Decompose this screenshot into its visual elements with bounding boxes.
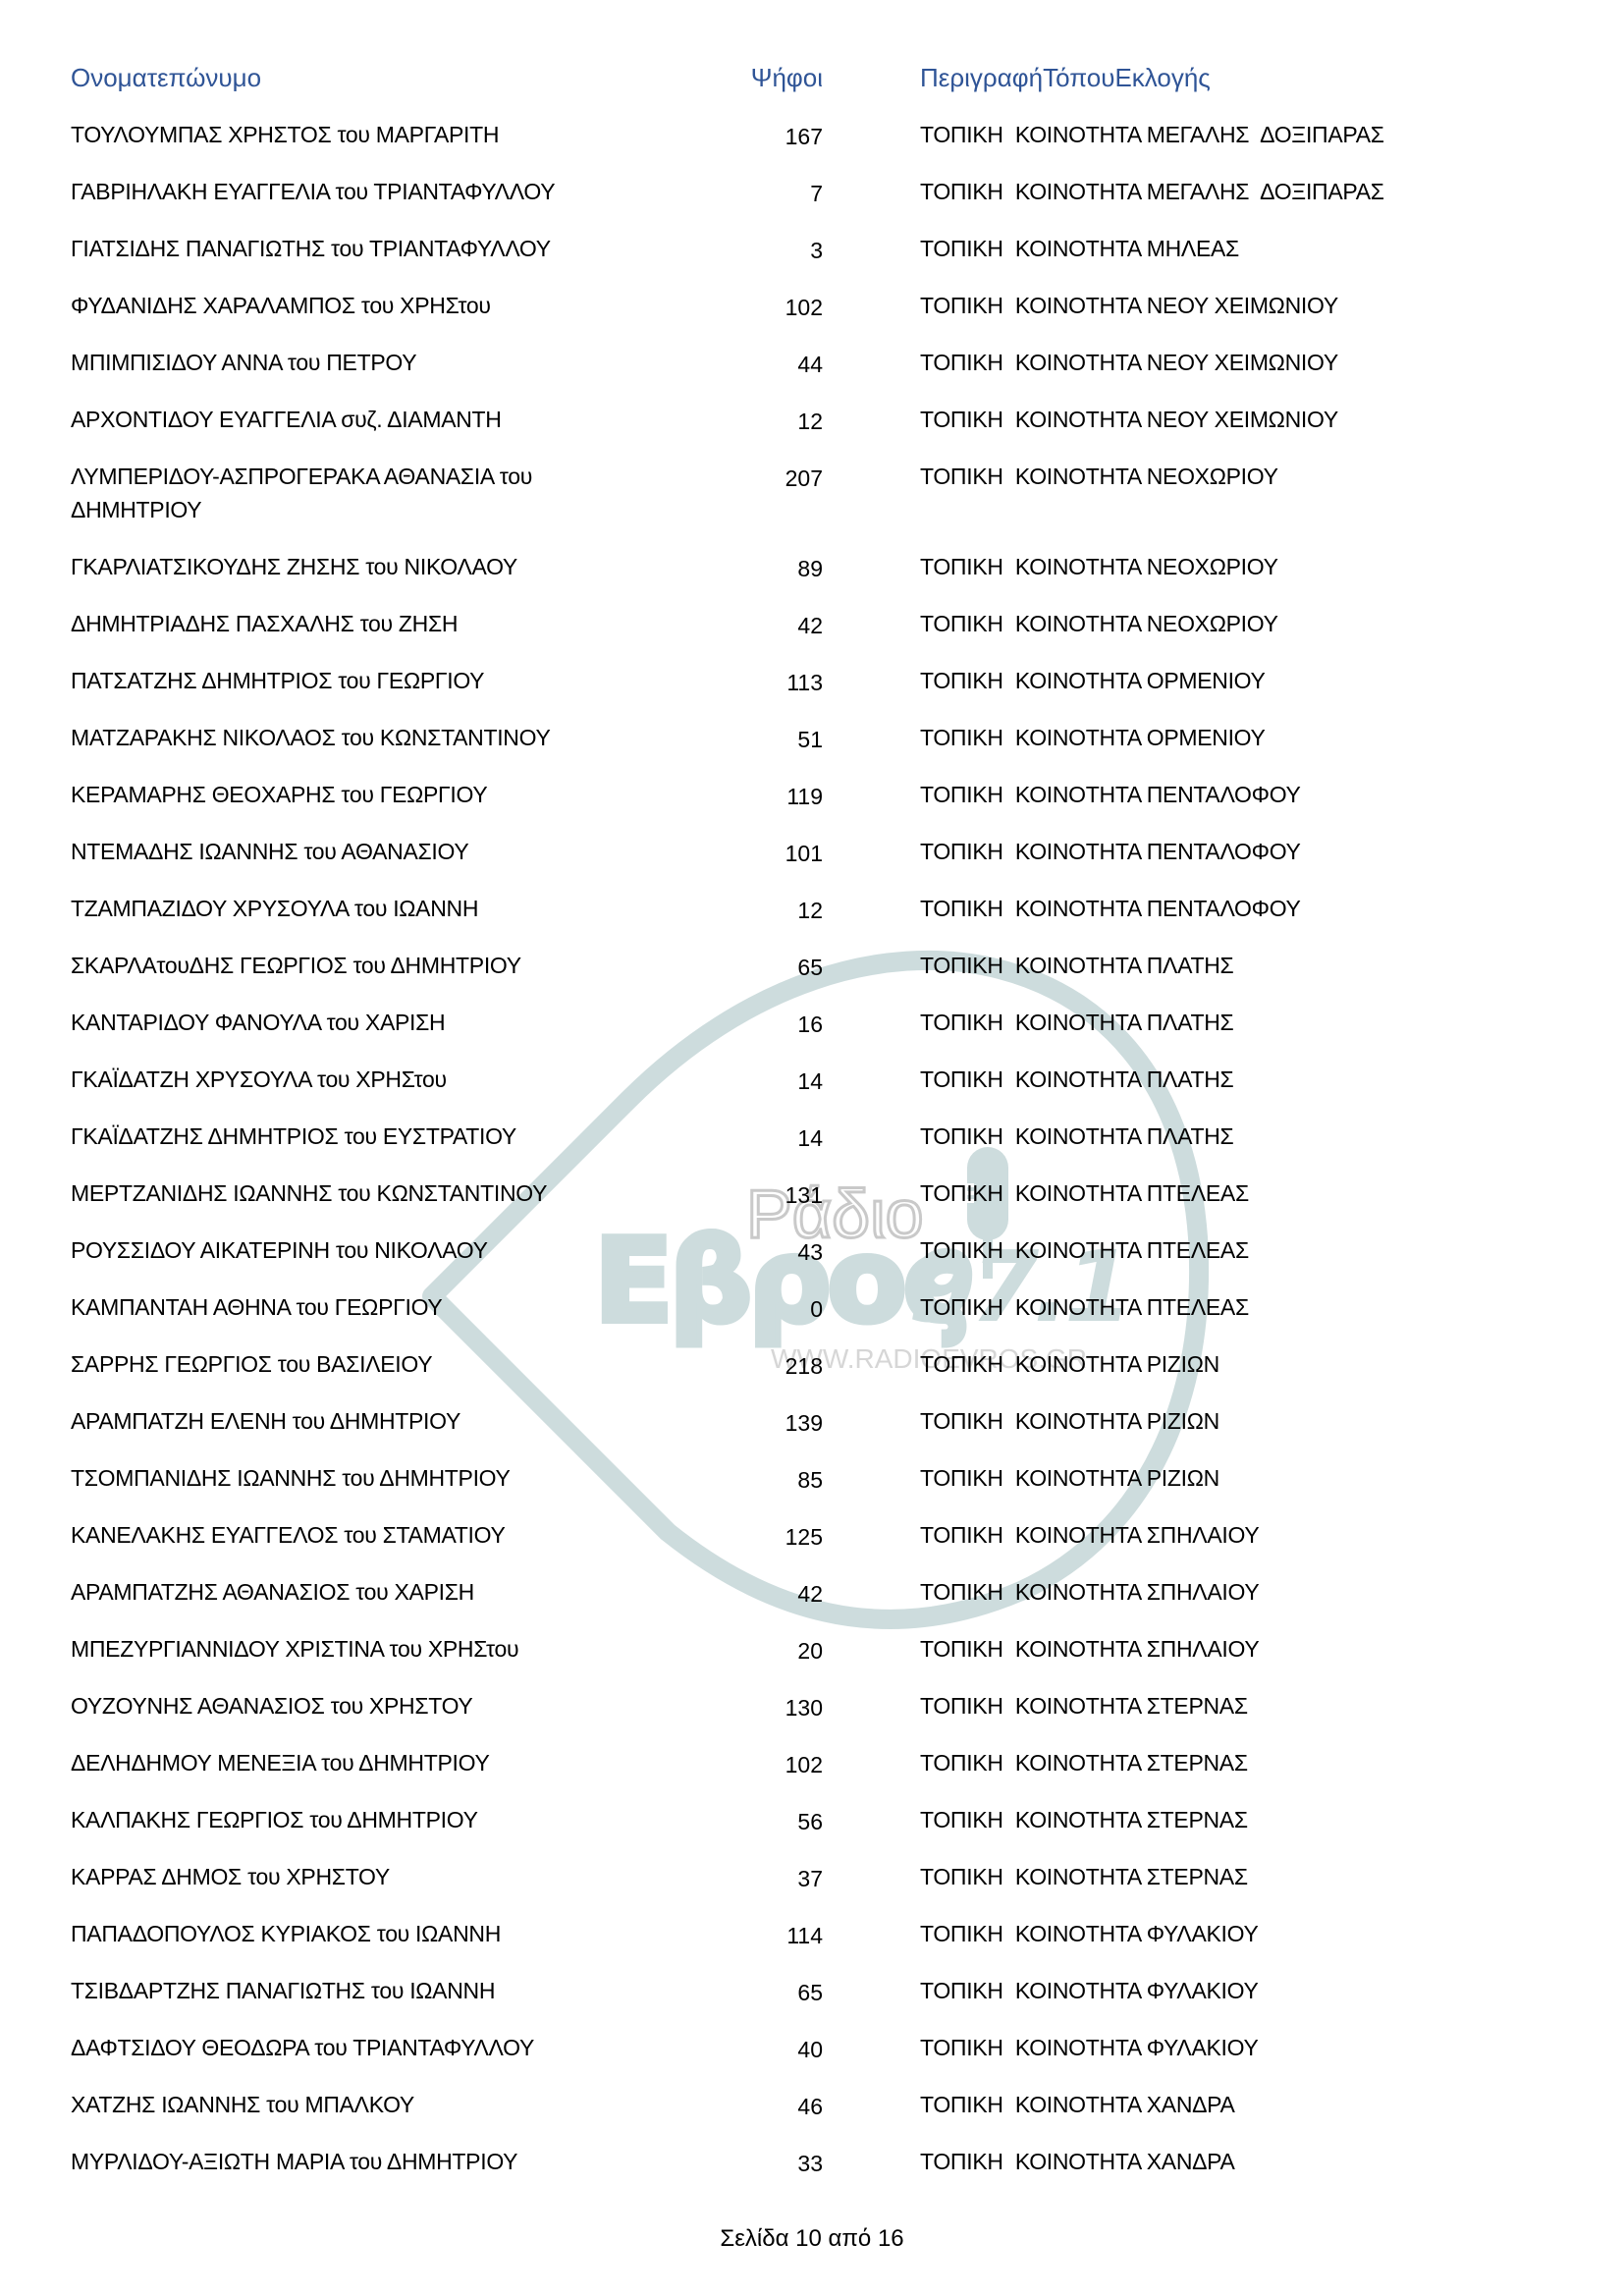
vote-count: 16 xyxy=(725,1008,823,1041)
polling-place: ΤΟΠΙΚΗ ΚΟΙΝΟΤΗΤΑ ΠΕΝΤΑΛΟΦΟΥ xyxy=(920,892,1301,925)
vote-count: 12 xyxy=(725,405,823,438)
vote-count: 131 xyxy=(725,1178,823,1212)
vote-count: 12 xyxy=(725,894,823,927)
vote-count: 101 xyxy=(725,837,823,870)
candidate-name: ΜΥΡΛΙΔΟΥ-ΑΞΙΩΤΗ ΜΑΡΙΑ του ΔΗΜΗΤΡΙΟΥ xyxy=(71,2145,621,2178)
candidate-name: ΜΑΤΖΑΡΑΚΗΣ ΝΙΚΟΛΑΟΣ του ΚΩΝΣΤΑΝΤΙΝΟΥ xyxy=(71,721,621,754)
document-page: Ράδιο Εβρος 97.1 WWW.RADIOEVROS.GR Ονομα… xyxy=(0,0,1624,2296)
polling-place: ΤΟΠΙΚΗ ΚΟΙΝΟΤΗΤΑ ΠΕΝΤΑΛΟΦΟΥ xyxy=(920,778,1301,811)
table-row: ΠΑΠΑΔΟΠΟΥΛΟΣ ΚΥΡΙΑΚΟΣ του ΙΩΑΝΝΗ 114 ΤΟΠ… xyxy=(0,1917,1624,1974)
candidate-name: ΓΚΑΡΛΙΑΤΣΙΚΟΥΔΗΣ ΖΗΣΗΣ του ΝΙΚΟΛΑΟΥ xyxy=(71,550,621,583)
polling-place: ΤΟΠΙΚΗ ΚΟΙΝΟΤΗΤΑ ΧΑΝΔΡΑ xyxy=(920,2145,1235,2178)
candidate-name: ΧΑΤΖΗΣ ΙΩΑΝΝΗΣ του ΜΠΑΛΚΟΥ xyxy=(71,2088,621,2121)
polling-place: ΤΟΠΙΚΗ ΚΟΙΝΟΤΗΤΑ ΡΙΖΙΩΝ xyxy=(920,1404,1219,1438)
polling-place: ΤΟΠΙΚΗ ΚΟΙΝΟΤΗΤΑ ΡΙΖΙΩΝ xyxy=(920,1347,1219,1381)
vote-count: 119 xyxy=(725,780,823,813)
table-row: ΚΑΛΠΑΚΗΣ ΓΕΩΡΓΙΟΣ του ΔΗΜΗΤΡΙΟΥ 56 ΤΟΠΙΚ… xyxy=(0,1803,1624,1860)
candidate-name: ΚΑΜΠΑΝΤΑΗ ΑΘΗΝΑ του ΓΕΩΡΓΙΟΥ xyxy=(71,1290,621,1324)
vote-count: 42 xyxy=(725,1577,823,1611)
table-row: ΜΑΤΖΑΡΑΚΗΣ ΝΙΚΟΛΑΟΣ του ΚΩΝΣΤΑΝΤΙΝΟΥ 51 … xyxy=(0,721,1624,778)
table-row: ΚΑΜΠΑΝΤΑΗ ΑΘΗΝΑ του ΓΕΩΡΓΙΟΥ 0 ΤΟΠΙΚΗ ΚΟ… xyxy=(0,1290,1624,1347)
table-row: ΟΥΖΟΥΝΗΣ ΑΘΑΝΑΣΙΟΣ του ΧΡΗΣΤΟΥ 130 ΤΟΠΙΚ… xyxy=(0,1689,1624,1746)
candidate-name: ΚΑΝΕΛΑΚΗΣ ΕΥΑΓΓΕΛΟΣ του ΣΤΑΜΑΤΙΟΥ xyxy=(71,1518,621,1552)
polling-place: ΤΟΠΙΚΗ ΚΟΙΝΟΤΗΤΑ ΦΥΛΑΚΙΟΥ xyxy=(920,1917,1259,1950)
vote-count: 51 xyxy=(725,723,823,756)
table-row: ΣΑΡΡΗΣ ΓΕΩΡΓΙΟΣ του ΒΑΣΙΛΕΙΟΥ 218 ΤΟΠΙΚΗ… xyxy=(0,1347,1624,1404)
table-row: ΚΕΡΑΜΑΡΗΣ ΘΕΟΧΑΡΗΣ του ΓΕΩΡΓΙΟΥ 119 ΤΟΠΙ… xyxy=(0,778,1624,835)
candidate-name: ΤΣΟΜΠΑΝΙΔΗΣ ΙΩΑΝΝΗΣ του ΔΗΜΗΤΡΙΟΥ xyxy=(71,1461,621,1495)
candidate-name: ΚΕΡΑΜΑΡΗΣ ΘΕΟΧΑΡΗΣ του ΓΕΩΡΓΙΟΥ xyxy=(71,778,621,811)
vote-count: 113 xyxy=(725,666,823,699)
candidate-name: ΟΥΖΟΥΝΗΣ ΑΘΑΝΑΣΙΟΣ του ΧΡΗΣΤΟΥ xyxy=(71,1689,621,1722)
candidate-name: ΑΡΧΟΝΤΙΔΟΥ ΕΥΑΓΓΕΛΙΑ συζ. ΔΙΑΜΑΝΤΗ xyxy=(71,403,621,436)
vote-count: 114 xyxy=(725,1919,823,1952)
candidate-name: ΑΡΑΜΠΑΤΖΗΣ ΑΘΑΝΑΣΙΟΣ του ΧΑΡΙΣΗ xyxy=(71,1575,621,1609)
candidate-name: ΜΠΙΜΠΙΣΙΔΟΥ ΑΝΝΑ του ΠΕΤΡΟΥ xyxy=(71,346,621,379)
table-row: ΓΚΑΡΛΙΑΤΣΙΚΟΥΔΗΣ ΖΗΣΗΣ του ΝΙΚΟΛΑΟΥ 89 Τ… xyxy=(0,550,1624,607)
vote-count: 56 xyxy=(725,1805,823,1838)
table-row: ΔΗΜΗΤΡΙΑΔΗΣ ΠΑΣΧΑΛΗΣ του ΖΗΣΗ 42 ΤΟΠΙΚΗ … xyxy=(0,607,1624,664)
candidate-name: ΓΙΑΤΣΙΔΗΣ ΠΑΝΑΓΙΩΤΗΣ του ΤΡΙΑΝΤΑΦΥΛΛΟΥ xyxy=(71,232,621,265)
table-row: ΓΚΑΪΔΑΤΖΗΣ ΔΗΜΗΤΡΙΟΣ του ΕΥΣΤΡΑΤΙΟΥ 14 Τ… xyxy=(0,1120,1624,1176)
table-row: ΝΤΕΜΑΔΗΣ ΙΩΑΝΝΗΣ του ΑΘΑΝΑΣΙΟΥ 101 ΤΟΠΙΚ… xyxy=(0,835,1624,892)
page-number: Σελίδα 10 από 16 xyxy=(0,2225,1624,2253)
candidate-name: ΓΚΑΪΔΑΤΖΗΣ ΔΗΜΗΤΡΙΟΣ του ΕΥΣΤΡΑΤΙΟΥ xyxy=(71,1120,621,1153)
table-row: ΔΑΦΤΣΙΔΟΥ ΘΕΟΔΩΡΑ του ΤΡΙΑΝΤΑΦΥΛΛΟΥ 40 Τ… xyxy=(0,2031,1624,2088)
vote-count: 43 xyxy=(725,1235,823,1269)
table-row: ΑΡΧΟΝΤΙΔΟΥ ΕΥΑΓΓΕΛΙΑ συζ. ΔΙΑΜΑΝΤΗ 12 ΤΟ… xyxy=(0,403,1624,460)
polling-place: ΤΟΠΙΚΗ ΚΟΙΝΟΤΗΤΑ ΦΥΛΑΚΙΟΥ xyxy=(920,2031,1259,2064)
vote-count: 125 xyxy=(725,1520,823,1554)
vote-count: 89 xyxy=(725,552,823,585)
polling-place: ΤΟΠΙΚΗ ΚΟΙΝΟΤΗΤΑ ΟΡΜΕΝΙΟΥ xyxy=(920,721,1266,754)
vote-count: 167 xyxy=(725,120,823,153)
polling-place: ΤΟΠΙΚΗ ΚΟΙΝΟΤΗΤΑ ΣΠΗΛΑΙΟΥ xyxy=(920,1632,1259,1666)
polling-place: ΤΟΠΙΚΗ ΚΟΙΝΟΤΗΤΑ ΣΤΕΡΝΑΣ xyxy=(920,1746,1248,1779)
vote-count: 3 xyxy=(725,234,823,267)
table-row: ΠΑΤΣΑΤΖΗΣ ΔΗΜΗΤΡΙΟΣ του ΓΕΩΡΓΙΟΥ 113 ΤΟΠ… xyxy=(0,664,1624,721)
vote-count: 40 xyxy=(725,2033,823,2066)
table-row: ΛΥΜΠΕΡΙΔΟΥ-ΑΣΠΡΟΓΕΡΑΚΑ ΑΘΑΝΑΣΙΑ του ΔΗΜΗ… xyxy=(0,460,1624,550)
table-row: ΡΟΥΣΣΙΔΟΥ ΑΙΚΑΤΕΡΙΝΗ του ΝΙΚΟΛΑΟΥ 43 ΤΟΠ… xyxy=(0,1233,1624,1290)
vote-count: 46 xyxy=(725,2090,823,2123)
table-row: ΚΑΝΤΑΡΙΔΟΥ ΦΑΝΟΥΛΑ του ΧΑΡΙΣΗ 16 ΤΟΠΙΚΗ … xyxy=(0,1006,1624,1063)
table-row: ΚΑΝΕΛΑΚΗΣ ΕΥΑΓΓΕΛΟΣ του ΣΤΑΜΑΤΙΟΥ 125 ΤΟ… xyxy=(0,1518,1624,1575)
candidate-name: ΔΑΦΤΣΙΔΟΥ ΘΕΟΔΩΡΑ του ΤΡΙΑΝΤΑΦΥΛΛΟΥ xyxy=(71,2031,621,2064)
polling-place: ΤΟΠΙΚΗ ΚΟΙΝΟΤΗΤΑ ΝΕΟΥ ΧΕΙΜΩΝΙΟΥ xyxy=(920,346,1338,379)
vote-count: 65 xyxy=(725,1976,823,2009)
table-row: ΓΚΑΪΔΑΤΖΗ ΧΡΥΣΟΥΛΑ του ΧΡΗΣτου 14 ΤΟΠΙΚΗ… xyxy=(0,1063,1624,1120)
vote-count: 139 xyxy=(725,1406,823,1440)
candidate-name: ΣΑΡΡΗΣ ΓΕΩΡΓΙΟΣ του ΒΑΣΙΛΕΙΟΥ xyxy=(71,1347,621,1381)
vote-count: 7 xyxy=(725,177,823,210)
table-row: ΤΟΥΛΟΥΜΠΑΣ ΧΡΗΣΤΟΣ του ΜΑΡΓΑΡΙΤΗ 167 ΤΟΠ… xyxy=(0,118,1624,175)
candidate-name: ΔΗΜΗΤΡΙΑΔΗΣ ΠΑΣΧΑΛΗΣ του ΖΗΣΗ xyxy=(71,607,621,640)
vote-count: 14 xyxy=(725,1065,823,1098)
polling-place: ΤΟΠΙΚΗ ΚΟΙΝΟΤΗΤΑ ΧΑΝΔΡΑ xyxy=(920,2088,1235,2121)
vote-count: 33 xyxy=(725,2147,823,2180)
column-header-name: Ονοματεπώνυμο xyxy=(71,63,261,93)
vote-count: 44 xyxy=(725,348,823,381)
vote-count: 14 xyxy=(725,1121,823,1155)
polling-place: ΤΟΠΙΚΗ ΚΟΙΝΟΤΗΤΑ ΠΛΑΤΗΣ xyxy=(920,1063,1233,1096)
vote-count: 0 xyxy=(725,1292,823,1326)
polling-place: ΤΟΠΙΚΗ ΚΟΙΝΟΤΗΤΑ ΣΠΗΛΑΙΟΥ xyxy=(920,1575,1259,1609)
polling-place: ΤΟΠΙΚΗ ΚΟΙΝΟΤΗΤΑ ΦΥΛΑΚΙΟΥ xyxy=(920,1974,1259,2007)
vote-count: 85 xyxy=(725,1463,823,1497)
polling-place: ΤΟΠΙΚΗ ΚΟΙΝΟΤΗΤΑ ΝΕΟΥ ΧΕΙΜΩΝΙΟΥ xyxy=(920,403,1338,436)
candidate-name: ΜΕΡΤΖΑΝΙΔΗΣ ΙΩΑΝΝΗΣ του ΚΩΝΣΤΑΝΤΙΝΟΥ xyxy=(71,1176,621,1210)
candidate-name: ΚΑΝΤΑΡΙΔΟΥ ΦΑΝΟΥΛΑ του ΧΑΡΙΣΗ xyxy=(71,1006,621,1039)
column-header-votes: Ψήφοι xyxy=(725,63,823,93)
candidate-name: ΦΥΔΑΝΙΔΗΣ ΧΑΡΑΛΑΜΠΟΣ του ΧΡΗΣτου xyxy=(71,289,621,322)
candidate-name: ΡΟΥΣΣΙΔΟΥ ΑΙΚΑΤΕΡΙΝΗ του ΝΙΚΟΛΑΟΥ xyxy=(71,1233,621,1267)
vote-count: 102 xyxy=(725,1748,823,1781)
polling-place: ΤΟΠΙΚΗ ΚΟΙΝΟΤΗΤΑ ΝΕΟΧΩΡΙΟΥ xyxy=(920,550,1278,583)
candidate-name: ΤΖΑΜΠΑΖΙΔΟΥ ΧΡΥΣΟΥΛΑ του ΙΩΑΝΝΗ xyxy=(71,892,621,925)
vote-count: 65 xyxy=(725,951,823,984)
table-row: ΣΚΑΡΛΑτουΔΗΣ ΓΕΩΡΓΙΟΣ του ΔΗΜΗΤΡΙΟΥ 65 Τ… xyxy=(0,949,1624,1006)
polling-place: ΤΟΠΙΚΗ ΚΟΙΝΟΤΗΤΑ ΝΕΟΧΩΡΙΟΥ xyxy=(920,607,1278,640)
vote-count: 42 xyxy=(725,609,823,642)
vote-count: 130 xyxy=(725,1691,823,1724)
candidate-name: ΓΑΒΡΙΗΛΑΚΗ ΕΥΑΓΓΕΛΙΑ του ΤΡΙΑΝΤΑΦΥΛΛΟΥ xyxy=(71,175,621,208)
vote-count: 207 xyxy=(725,462,823,495)
polling-place: ΤΟΠΙΚΗ ΚΟΙΝΟΤΗΤΑ ΠΤΕΛΕΑΣ xyxy=(920,1176,1249,1210)
polling-place: ΤΟΠΙΚΗ ΚΟΙΝΟΤΗΤΑ ΣΤΕΡΝΑΣ xyxy=(920,1803,1248,1836)
polling-place: ΤΟΠΙΚΗ ΚΟΙΝΟΤΗΤΑ ΠΤΕΛΕΑΣ xyxy=(920,1233,1249,1267)
column-header-place: ΠεριγραφήΤόπουΕκλογής xyxy=(920,63,1211,93)
polling-place: ΤΟΠΙΚΗ ΚΟΙΝΟΤΗΤΑ ΜΕΓΑΛΗΣ ΔΟΞΙΠΑΡΑΣ xyxy=(920,118,1384,151)
polling-place: ΤΟΠΙΚΗ ΚΟΙΝΟΤΗΤΑ ΠΛΑΤΗΣ xyxy=(920,949,1233,982)
candidate-name: ΚΑΛΠΑΚΗΣ ΓΕΩΡΓΙΟΣ του ΔΗΜΗΤΡΙΟΥ xyxy=(71,1803,621,1836)
table-row: ΔΕΛΗΔΗΜΟΥ ΜΕΝΕΞΙΑ του ΔΗΜΗΤΡΙΟΥ 102 ΤΟΠΙ… xyxy=(0,1746,1624,1803)
polling-place: ΤΟΠΙΚΗ ΚΟΙΝΟΤΗΤΑ ΜΗΛΕΑΣ xyxy=(920,232,1239,265)
table-row: ΧΑΤΖΗΣ ΙΩΑΝΝΗΣ του ΜΠΑΛΚΟΥ 46 ΤΟΠΙΚΗ ΚΟΙ… xyxy=(0,2088,1624,2145)
vote-count: 218 xyxy=(725,1349,823,1383)
polling-place: ΤΟΠΙΚΗ ΚΟΙΝΟΤΗΤΑ ΠΛΑΤΗΣ xyxy=(920,1120,1233,1153)
table-row: ΚΑΡΡΑΣ ΔΗΜΟΣ του ΧΡΗΣΤΟΥ 37 ΤΟΠΙΚΗ ΚΟΙΝΟ… xyxy=(0,1860,1624,1917)
polling-place: ΤΟΠΙΚΗ ΚΟΙΝΟΤΗΤΑ ΠΤΕΛΕΑΣ xyxy=(920,1290,1249,1324)
table-row: ΓΑΒΡΙΗΛΑΚΗ ΕΥΑΓΓΕΛΙΑ του ΤΡΙΑΝΤΑΦΥΛΛΟΥ 7… xyxy=(0,175,1624,232)
polling-place: ΤΟΠΙΚΗ ΚΟΙΝΟΤΗΤΑ ΝΕΟΥ ΧΕΙΜΩΝΙΟΥ xyxy=(920,289,1338,322)
table-row: ΤΖΑΜΠΑΖΙΔΟΥ ΧΡΥΣΟΥΛΑ του ΙΩΑΝΝΗ 12 ΤΟΠΙΚ… xyxy=(0,892,1624,949)
results-table: ΤΟΥΛΟΥΜΠΑΣ ΧΡΗΣΤΟΣ του ΜΑΡΓΑΡΙΤΗ 167 ΤΟΠ… xyxy=(0,118,1624,2202)
polling-place: ΤΟΠΙΚΗ ΚΟΙΝΟΤΗΤΑ ΡΙΖΙΩΝ xyxy=(920,1461,1219,1495)
table-header: Ονοματεπώνυμο Ψήφοι ΠεριγραφήΤόπουΕκλογή… xyxy=(0,63,1624,102)
candidate-name: ΤΣΙΒΔΑΡΤΖΗΣ ΠΑΝΑΓΙΩΤΗΣ του ΙΩΑΝΝΗ xyxy=(71,1974,621,2007)
vote-count: 102 xyxy=(725,291,823,324)
table-row: ΦΥΔΑΝΙΔΗΣ ΧΑΡΑΛΑΜΠΟΣ του ΧΡΗΣτου 102 ΤΟΠ… xyxy=(0,289,1624,346)
polling-place: ΤΟΠΙΚΗ ΚΟΙΝΟΤΗΤΑ ΠΕΝΤΑΛΟΦΟΥ xyxy=(920,835,1301,868)
table-row: ΜΕΡΤΖΑΝΙΔΗΣ ΙΩΑΝΝΗΣ του ΚΩΝΣΤΑΝΤΙΝΟΥ 131… xyxy=(0,1176,1624,1233)
candidate-name: ΔΕΛΗΔΗΜΟΥ ΜΕΝΕΞΙΑ του ΔΗΜΗΤΡΙΟΥ xyxy=(71,1746,621,1779)
polling-place: ΤΟΠΙΚΗ ΚΟΙΝΟΤΗΤΑ ΟΡΜΕΝΙΟΥ xyxy=(920,664,1266,697)
candidate-name: ΚΑΡΡΑΣ ΔΗΜΟΣ του ΧΡΗΣΤΟΥ xyxy=(71,1860,621,1893)
candidate-name: ΠΑΤΣΑΤΖΗΣ ΔΗΜΗΤΡΙΟΣ του ΓΕΩΡΓΙΟΥ xyxy=(71,664,621,697)
table-row: ΤΣΟΜΠΑΝΙΔΗΣ ΙΩΑΝΝΗΣ του ΔΗΜΗΤΡΙΟΥ 85 ΤΟΠ… xyxy=(0,1461,1624,1518)
table-row: ΑΡΑΜΠΑΤΖΗ ΕΛΕΝΗ του ΔΗΜΗΤΡΙΟΥ 139 ΤΟΠΙΚΗ… xyxy=(0,1404,1624,1461)
vote-count: 37 xyxy=(725,1862,823,1895)
polling-place: ΤΟΠΙΚΗ ΚΟΙΝΟΤΗΤΑ ΠΛΑΤΗΣ xyxy=(920,1006,1233,1039)
candidate-name: ΝΤΕΜΑΔΗΣ ΙΩΑΝΝΗΣ του ΑΘΑΝΑΣΙΟΥ xyxy=(71,835,621,868)
candidate-name: ΓΚΑΪΔΑΤΖΗ ΧΡΥΣΟΥΛΑ του ΧΡΗΣτου xyxy=(71,1063,621,1096)
table-row: ΜΥΡΛΙΔΟΥ-ΑΞΙΩΤΗ ΜΑΡΙΑ του ΔΗΜΗΤΡΙΟΥ 33 Τ… xyxy=(0,2145,1624,2202)
vote-count: 20 xyxy=(725,1634,823,1667)
candidate-name: ΠΑΠΑΔΟΠΟΥΛΟΣ ΚΥΡΙΑΚΟΣ του ΙΩΑΝΝΗ xyxy=(71,1917,621,1950)
candidate-name: ΑΡΑΜΠΑΤΖΗ ΕΛΕΝΗ του ΔΗΜΗΤΡΙΟΥ xyxy=(71,1404,621,1438)
polling-place: ΤΟΠΙΚΗ ΚΟΙΝΟΤΗΤΑ ΜΕΓΑΛΗΣ ΔΟΞΙΠΑΡΑΣ xyxy=(920,175,1384,208)
candidate-name: ΣΚΑΡΛΑτουΔΗΣ ΓΕΩΡΓΙΟΣ του ΔΗΜΗΤΡΙΟΥ xyxy=(71,949,621,982)
candidate-name: ΜΠΕΖΥΡΓΙΑΝΝΙΔΟΥ ΧΡΙΣΤΙΝΑ του ΧΡΗΣτου xyxy=(71,1632,621,1666)
polling-place: ΤΟΠΙΚΗ ΚΟΙΝΟΤΗΤΑ ΣΤΕΡΝΑΣ xyxy=(920,1689,1248,1722)
polling-place: ΤΟΠΙΚΗ ΚΟΙΝΟΤΗΤΑ ΣΤΕΡΝΑΣ xyxy=(920,1860,1248,1893)
table-row: ΜΠΕΖΥΡΓΙΑΝΝΙΔΟΥ ΧΡΙΣΤΙΝΑ του ΧΡΗΣτου 20 … xyxy=(0,1632,1624,1689)
table-row: ΓΙΑΤΣΙΔΗΣ ΠΑΝΑΓΙΩΤΗΣ του ΤΡΙΑΝΤΑΦΥΛΛΟΥ 3… xyxy=(0,232,1624,289)
candidate-name: ΤΟΥΛΟΥΜΠΑΣ ΧΡΗΣΤΟΣ του ΜΑΡΓΑΡΙΤΗ xyxy=(71,118,621,151)
table-row: ΑΡΑΜΠΑΤΖΗΣ ΑΘΑΝΑΣΙΟΣ του ΧΑΡΙΣΗ 42 ΤΟΠΙΚ… xyxy=(0,1575,1624,1632)
table-row: ΜΠΙΜΠΙΣΙΔΟΥ ΑΝΝΑ του ΠΕΤΡΟΥ 44 ΤΟΠΙΚΗ ΚΟ… xyxy=(0,346,1624,403)
polling-place: ΤΟΠΙΚΗ ΚΟΙΝΟΤΗΤΑ ΝΕΟΧΩΡΙΟΥ xyxy=(920,460,1278,493)
table-row: ΤΣΙΒΔΑΡΤΖΗΣ ΠΑΝΑΓΙΩΤΗΣ του ΙΩΑΝΝΗ 65 ΤΟΠ… xyxy=(0,1974,1624,2031)
polling-place: ΤΟΠΙΚΗ ΚΟΙΝΟΤΗΤΑ ΣΠΗΛΑΙΟΥ xyxy=(920,1518,1259,1552)
candidate-name: ΛΥΜΠΕΡΙΔΟΥ-ΑΣΠΡΟΓΕΡΑΚΑ ΑΘΑΝΑΣΙΑ του ΔΗΜΗ… xyxy=(71,460,562,526)
